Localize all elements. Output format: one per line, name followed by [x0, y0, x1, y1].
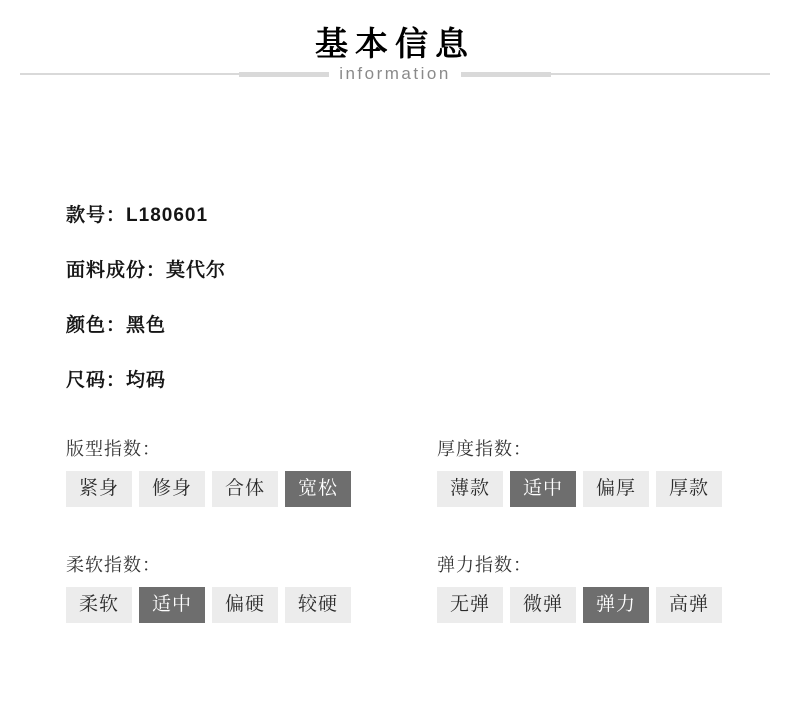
option-chip[interactable]: 厚款 [656, 471, 722, 507]
detail-row-color: 颜色：黑色 [66, 315, 790, 337]
detail-label: 款号： [66, 205, 126, 226]
index-label: 弹力指数： [437, 554, 790, 576]
index-label: 厚度指数： [437, 438, 790, 460]
index-sections: 版型指数： 紧身 修身 合体 宽松 厚度指数： 薄款 适中 偏厚 厚款 柔软指数… [66, 438, 790, 623]
option-row: 紧身 修身 合体 宽松 [66, 471, 437, 507]
option-chip[interactable]: 无弹 [437, 587, 503, 623]
product-basic-info-panel: 基本信息 information 款号：L180601 面料成份：莫代尔 颜色：… [0, 0, 790, 711]
index-section-softness: 柔软指数： 柔软 适中 偏硬 较硬 [66, 554, 437, 623]
header-subtitle: information [329, 64, 461, 84]
detail-value: 黑色 [126, 315, 166, 336]
divider-thick-bar-right [461, 72, 551, 77]
option-chip[interactable]: 偏厚 [583, 471, 649, 507]
index-label: 柔软指数： [66, 554, 437, 576]
option-chip[interactable]: 高弹 [656, 587, 722, 623]
detail-row-fabric: 面料成份：莫代尔 [66, 260, 790, 282]
option-row: 薄款 适中 偏厚 厚款 [437, 471, 790, 507]
detail-value: L180601 [126, 205, 208, 226]
page-title: 基本信息 [0, 0, 790, 64]
option-chip[interactable]: 合体 [212, 471, 278, 507]
option-chip[interactable]: 较硬 [285, 587, 351, 623]
header-divider: information [20, 64, 770, 84]
option-chip-selected[interactable]: 适中 [139, 587, 205, 623]
option-chip-selected[interactable]: 适中 [510, 471, 576, 507]
divider-thin-line-left [20, 73, 239, 75]
index-label: 版型指数： [66, 438, 437, 460]
product-details-list: 款号：L180601 面料成份：莫代尔 颜色：黑色 尺码：均码 [66, 205, 790, 392]
detail-label: 颜色： [66, 315, 126, 336]
index-section-elasticity: 弹力指数： 无弹 微弹 弹力 高弹 [437, 554, 790, 623]
detail-value: 均码 [126, 370, 166, 391]
option-chip[interactable]: 偏硬 [212, 587, 278, 623]
divider-thick-bar-left [239, 72, 329, 77]
detail-label: 面料成份： [66, 260, 166, 281]
panel-header: 基本信息 information [0, 0, 790, 84]
option-row: 柔软 适中 偏硬 较硬 [66, 587, 437, 623]
detail-value: 莫代尔 [166, 260, 226, 281]
option-chip[interactable]: 修身 [139, 471, 205, 507]
option-row: 无弹 微弹 弹力 高弹 [437, 587, 790, 623]
detail-row-size: 尺码：均码 [66, 370, 790, 392]
option-chip-selected[interactable]: 弹力 [583, 587, 649, 623]
option-chip-selected[interactable]: 宽松 [285, 471, 351, 507]
detail-row-style-number: 款号：L180601 [66, 205, 790, 227]
option-chip[interactable]: 薄款 [437, 471, 503, 507]
option-chip[interactable]: 微弹 [510, 587, 576, 623]
option-chip[interactable]: 紧身 [66, 471, 132, 507]
option-chip[interactable]: 柔软 [66, 587, 132, 623]
detail-label: 尺码： [66, 370, 126, 391]
index-section-thickness: 厚度指数： 薄款 适中 偏厚 厚款 [437, 438, 790, 507]
divider-thin-line-right [551, 73, 770, 75]
index-section-fit: 版型指数： 紧身 修身 合体 宽松 [66, 438, 437, 507]
